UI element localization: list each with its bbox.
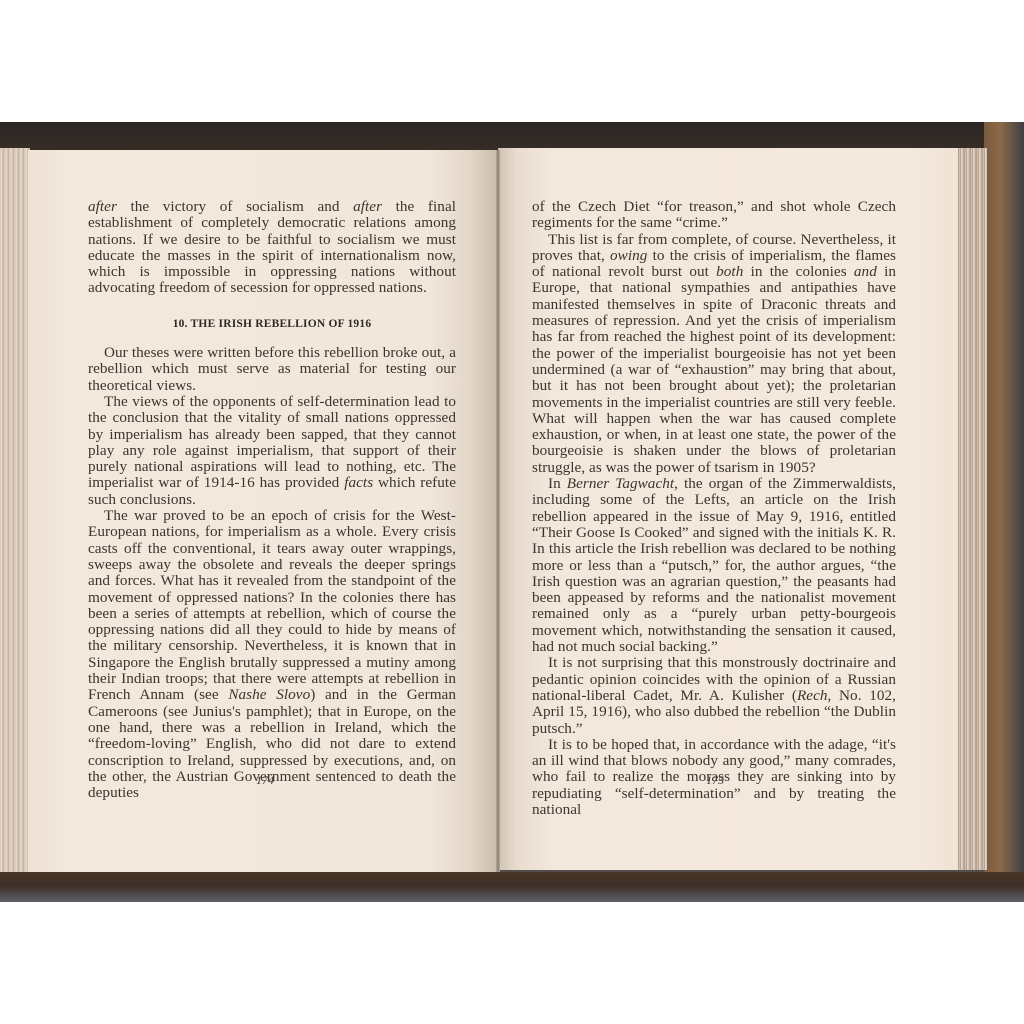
italic-text: Berner Tagwacht <box>567 475 674 492</box>
paragraph: after the victory of socialism and after… <box>88 199 456 297</box>
italic-text: Nashe Slovo <box>228 686 310 703</box>
paragraph: In Berner Tagwacht, the organ of the Zim… <box>532 476 896 655</box>
page-edges-right <box>955 148 987 870</box>
italic-text: owing <box>610 247 647 264</box>
section-heading: 10. THE IRISH REBELLION OF 1916 <box>88 316 456 332</box>
paragraph: This list is far from complete, of cours… <box>532 232 896 476</box>
italic-text: Rech <box>797 687 828 704</box>
paragraph: Our theses were written before this rebe… <box>88 345 456 394</box>
italic-text: after <box>353 198 382 215</box>
page-number-left: 174 <box>256 773 274 788</box>
right-page-text: of the Czech Diet “for treason,” and sho… <box>532 199 896 818</box>
italic-text: facts <box>344 474 373 491</box>
book-photo: after the victory of socialism and after… <box>0 0 1024 1024</box>
page-edges-left <box>0 148 30 872</box>
paragraph: It is not surprising that this monstrous… <box>532 655 896 736</box>
paragraph: of the Czech Diet “for treason,” and sho… <box>532 199 896 232</box>
paragraph: The war proved to be an epoch of crisis … <box>88 508 456 801</box>
left-page-text: after the victory of socialism and after… <box>88 199 456 801</box>
paragraph: The views of the opponents of self-deter… <box>88 394 456 508</box>
italic-text: and <box>854 263 877 280</box>
book-cover-bottom-edge <box>0 872 1024 902</box>
book-gutter <box>496 150 500 872</box>
page-number-right: 175 <box>706 773 724 788</box>
italic-text: both <box>716 263 743 280</box>
italic-text: after <box>88 198 117 215</box>
book-cover-right-edge <box>984 122 1024 902</box>
